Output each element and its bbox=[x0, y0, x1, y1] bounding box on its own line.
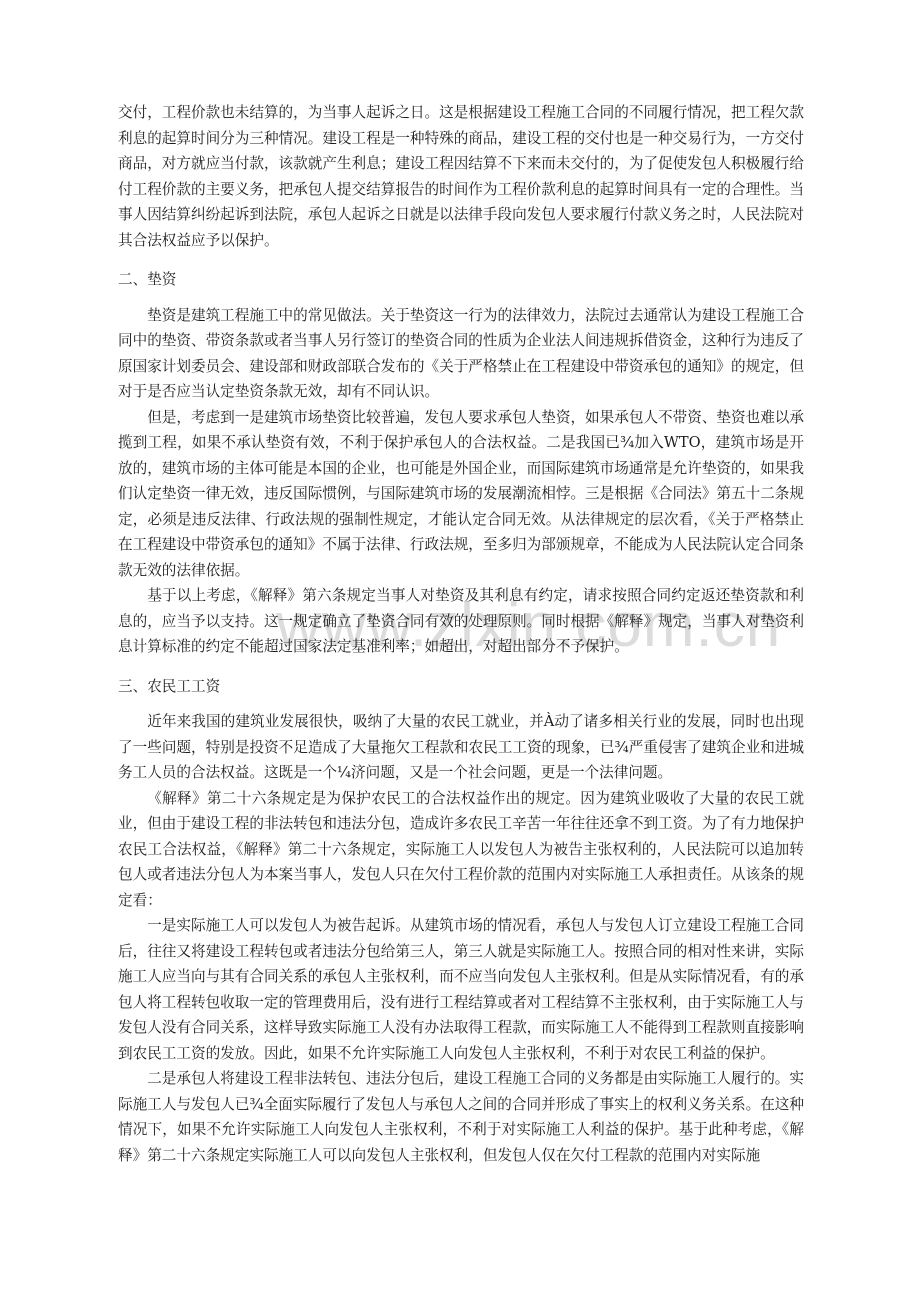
paragraph: 《解释》第二十六条规定是为保护农民工的合法权益作出的规定。因为建筑业吸收了大量的… bbox=[118, 786, 804, 914]
section-heading-advance-funding: 二、垫资 bbox=[118, 267, 804, 293]
document-page: www.zlxin.com.cn 交付，工程价款也未结算的，为当事人起诉之日。这… bbox=[0, 0, 920, 1302]
paragraph: 但是，考虑到一是建筑市场垫资比较普遍，发包人要求承包人垫资，如果承包人不带资、垫… bbox=[118, 405, 804, 584]
paragraph: 基于以上考虑，《解释》第六条规定当事人对垫资及其利息有约定，请求按照合同约定返还… bbox=[118, 583, 804, 660]
section-heading-migrant-worker-wages: 三、农民工工资 bbox=[118, 674, 804, 700]
paragraph: 垫资是建筑工程施工中的常见做法。关于垫资这一行为的法律效力，法院过去通常认为建设… bbox=[118, 303, 804, 405]
paragraph: 一是实际施工人可以发包人为被告起诉。从建筑市场的情况看，承包人与发包人订立建设工… bbox=[118, 913, 804, 1066]
intro-paragraph: 交付，工程价款也未结算的，为当事人起诉之日。这是根据建设工程施工合同的不同履行情… bbox=[118, 100, 804, 253]
paragraph: 二是承包人将建设工程非法转包、违法分包后，建设工程施工合同的义务都是由实际施工人… bbox=[118, 1066, 804, 1168]
document-body: 交付，工程价款也未结算的，为当事人起诉之日。这是根据建设工程施工合同的不同履行情… bbox=[118, 100, 804, 1168]
paragraph: 近年来我国的建筑业发展很快，吸纳了大量的农民工就业，并À动了诸多相关行业的发展，… bbox=[118, 709, 804, 786]
